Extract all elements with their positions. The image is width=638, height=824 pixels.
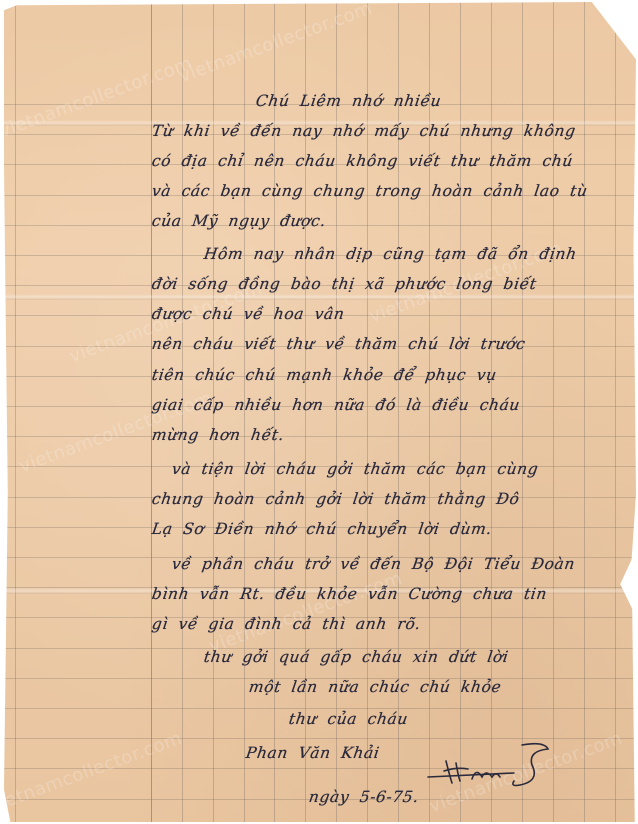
scanned-letter-page: vietnamcollector.com vietnamcollector.co… (0, 0, 638, 824)
letter-signer-name: Phan Văn Khải (245, 744, 381, 762)
watermark: vietnamcollector.com (207, 568, 406, 657)
letter-date: ngày 5-6-75. (308, 788, 420, 806)
ledger-paper-sheet: vietnamcollector.com vietnamcollector.co… (4, 2, 636, 822)
paper-fold-crease (4, 294, 636, 300)
letter-line: và các bạn cùng chung trong hoàn cảnh la… (151, 182, 589, 200)
letter-line: một lần nữa chúc chú khỏe (248, 678, 503, 696)
ledger-horizontal-rule (4, 436, 636, 437)
letter-line: của Mỹ ngụy được. (151, 212, 328, 230)
letter-line: chung hoàn cảnh gởi lời thăm thằng Đô (151, 490, 521, 508)
letter-line: tiên chúc chú mạnh khỏe để phục vụ (151, 366, 498, 384)
letter-line: được chú về hoa vân (151, 305, 346, 323)
letter-line: nên cháu viết thư về thăm chú lời trước (151, 335, 527, 353)
letter-line: và tiện lời cháu gởi thăm các bạn cùng (171, 460, 540, 478)
letter-line: mừng hơn hết. (151, 426, 286, 444)
letter-closing: thư của cháu (288, 710, 410, 728)
letter-line: giai cấp nhiều hơn nữa đó là điều cháu (151, 396, 522, 414)
letter-line: thư gởi quá gấp cháu xin dứt lời (203, 648, 510, 666)
letter-line: Từ khi về đến nay nhớ mấy chú nhưng khôn… (151, 122, 577, 140)
letter-line: đời sống đồng bào thị xã phước long biết (151, 275, 538, 293)
letter-line: bình vẫn Rt. đều khỏe vẫn Cường chưa tin (151, 585, 549, 603)
ledger-horizontal-rule (4, 708, 636, 709)
letter-line: về phần cháu trở về đến Bộ Đội Tiểu Đoàn (171, 555, 577, 573)
letter-greeting: Chú Liêm nhớ nhiều (255, 92, 443, 110)
letter-line: Hôm nay nhân dịp cũng tạm đã ổn định (203, 245, 578, 263)
watermark: vietnamcollector.com (177, 0, 376, 87)
letter-line: Lạ Sơ Điền nhớ chú chuyển lời dùm. (151, 520, 494, 538)
letter-line: gì về gia đình cả thì anh rõ. (151, 615, 422, 633)
letter-line: có địa chỉ nên cháu không viết thư thăm … (151, 152, 575, 170)
signature-scribble-icon (422, 737, 572, 797)
watermark: vietnamcollector.com (0, 728, 185, 817)
